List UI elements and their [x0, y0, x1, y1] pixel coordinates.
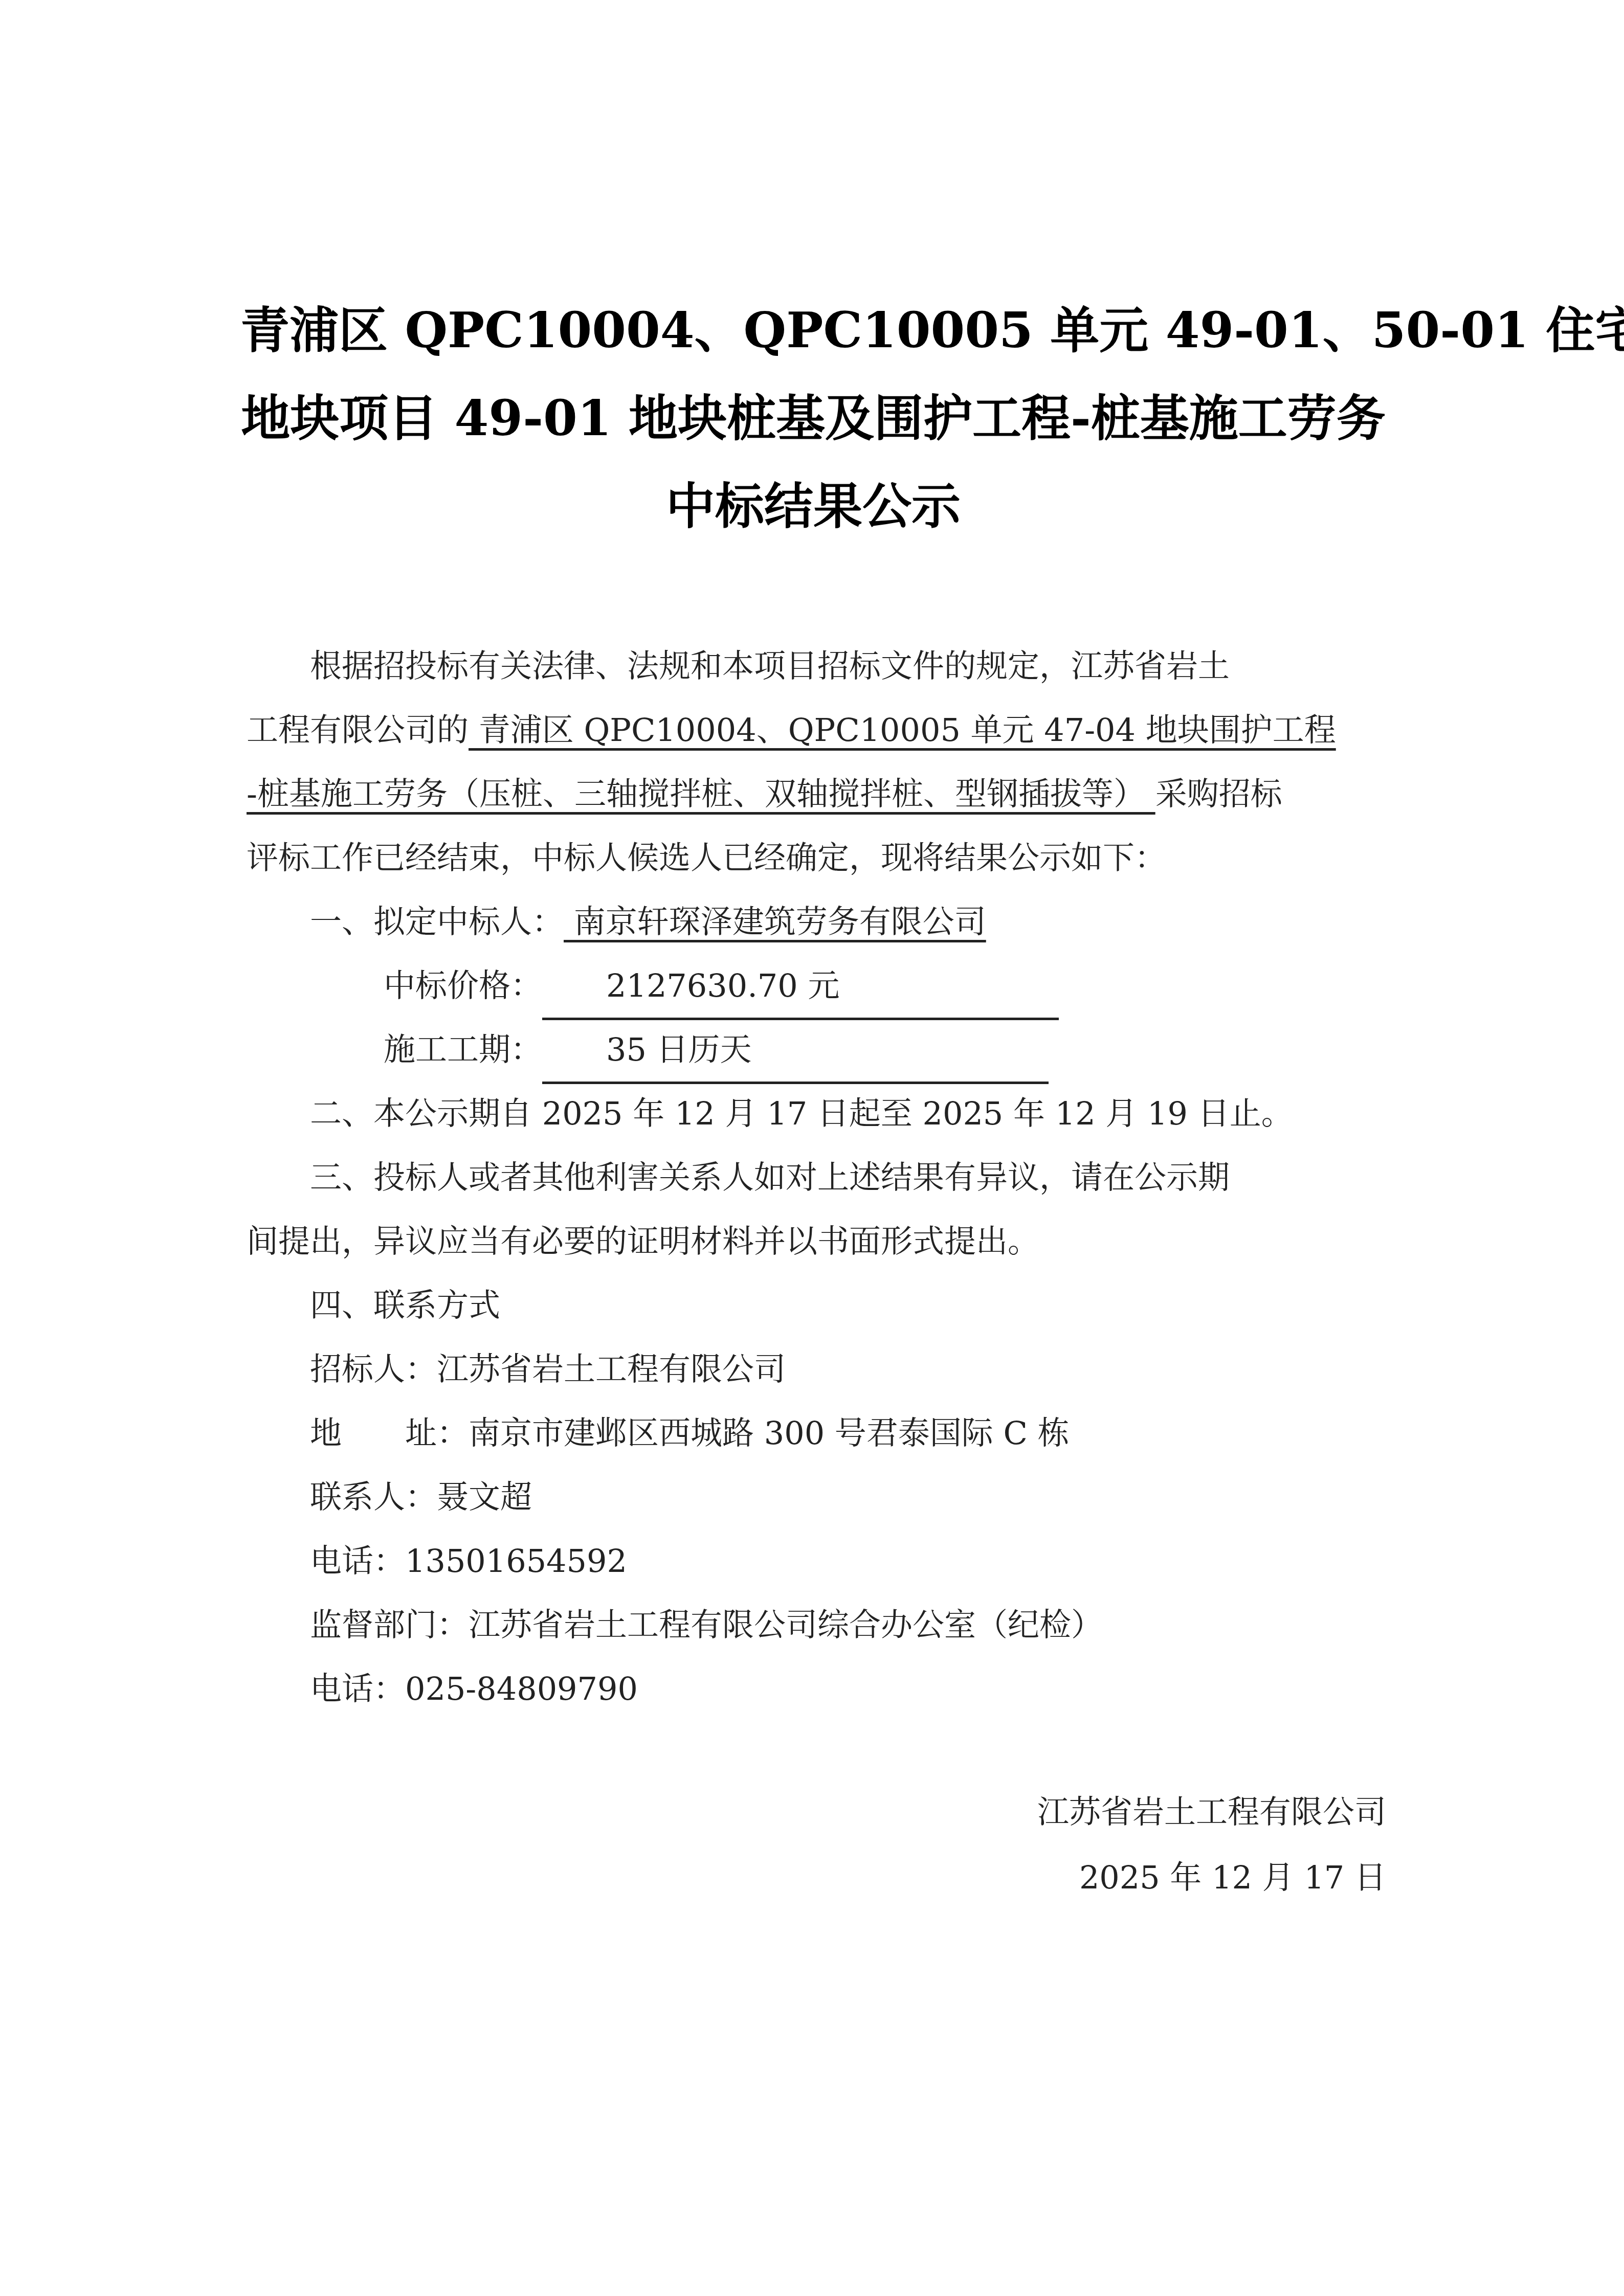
intro-line-1: 根据招投标有关法律、法规和本项目招标文件的规定，江苏省岩土	[247, 634, 1387, 698]
phone-number: 电话：13501654592	[310, 1542, 627, 1580]
phone-line: 电话：13501654592	[247, 1529, 1387, 1593]
duration-line: 施工工期：35 日历天	[247, 1018, 1387, 1082]
price-value: 2127630.70 元	[542, 954, 1059, 1020]
address-line: 地址：南京市建邺区西城路 300 号君泰国际 C 栋	[247, 1401, 1387, 1465]
title-line-3: 中标结果公示	[240, 462, 1386, 550]
contact-heading: 四、联系方式	[247, 1273, 1387, 1337]
intro-text: 根据招投标有关法律、法规和本项目招标文件的规定，江苏省岩土	[310, 647, 1230, 685]
signature-block: 江苏省岩土工程有限公司 2025 年 12 月 17 日	[1037, 1780, 1386, 1910]
title-line-1: 青浦区 QPC10004、QPC10005 单元 49-01、50-01 住宅	[240, 286, 1386, 374]
objection-line-1: 三、投标人或者其他利害关系人如对上述结果有异议，请在公示期	[247, 1145, 1387, 1209]
supervision-department: 监督部门：江苏省岩土工程有限公司综合办公室（纪检）	[310, 1606, 1103, 1644]
contact-heading-text: 四、联系方式	[310, 1287, 500, 1324]
winner-name: 南京轩琛泽建筑劳务有限公司	[564, 903, 986, 940]
publicity-period-text: 二、本公示期自 2025 年 12 月 17 日起至 2025 年 12 月 1…	[310, 1095, 1293, 1132]
project-name: 青浦区 QPC10004、QPC10005 单元 47-04 地块围护工程	[469, 711, 1336, 749]
tenderer-text: 招标人：江苏省岩土工程有限公司	[310, 1350, 786, 1388]
winner-line: 一、拟定中标人： 南京轩琛泽建筑劳务有限公司	[247, 890, 1387, 954]
tenderer-line: 招标人：江苏省岩土工程有限公司	[247, 1337, 1387, 1401]
signature-company: 江苏省岩土工程有限公司	[1037, 1780, 1386, 1845]
winner-label: 一、拟定中标人：	[310, 903, 564, 940]
title-line-2: 地块项目 49-01 地块桩基及围护工程-桩基施工劳务	[240, 374, 1386, 462]
contact-person-line: 联系人：聂文超	[247, 1465, 1387, 1529]
price-label: 中标价格：	[384, 967, 542, 1004]
supervision-phone: 电话：025-84809790	[310, 1670, 638, 1707]
intro-text: 工程有限公司的	[247, 711, 469, 749]
objection-text: 间提出，异议应当有必要的证明材料并以书面形式提出。	[247, 1223, 1039, 1260]
supervision-phone-line: 电话：025-84809790	[247, 1657, 1387, 1721]
address-value: 南京市建邺区西城路 300 号君泰国际 C 栋	[469, 1414, 1070, 1452]
objection-line-2: 间提出，异议应当有必要的证明材料并以书面形式提出。	[247, 1209, 1387, 1273]
document-page: 青浦区 QPC10004、QPC10005 单元 49-01、50-01 住宅 …	[0, 0, 1624, 2296]
intro-line-4: 评标工作已经结束，中标人候选人已经确定，现将结果公示如下：	[247, 826, 1387, 890]
signature-date: 2025 年 12 月 17 日	[1037, 1845, 1386, 1910]
contact-person: 联系人：聂文超	[310, 1478, 532, 1516]
duration-value: 35 日历天	[542, 1018, 1049, 1084]
intro-text: 采购招标	[1155, 775, 1282, 813]
publicity-period: 二、本公示期自 2025 年 12 月 17 日起至 2025 年 12 月 1…	[247, 1082, 1387, 1145]
address-label: 地	[310, 1414, 342, 1452]
intro-text: 评标工作已经结束，中标人候选人已经确定，现将结果公示如下：	[247, 839, 1166, 876]
intro-line-2: 工程有限公司的 青浦区 QPC10004、QPC10005 单元 47-04 地…	[247, 698, 1387, 762]
duration-label: 施工工期：	[384, 1031, 542, 1068]
intro-line-3: -桩基施工劳务（压桩、三轴搅拌桩、双轴搅拌桩、型钢插拔等） 采购招标	[247, 762, 1387, 826]
price-line: 中标价格：2127630.70 元	[247, 954, 1387, 1018]
document-title: 青浦区 QPC10004、QPC10005 单元 49-01、50-01 住宅 …	[240, 286, 1386, 550]
document-body: 根据招投标有关法律、法规和本项目招标文件的规定，江苏省岩土 工程有限公司的 青浦…	[247, 634, 1387, 1721]
objection-text: 三、投标人或者其他利害关系人如对上述结果有异议，请在公示期	[310, 1159, 1230, 1196]
supervision-line: 监督部门：江苏省岩土工程有限公司综合办公室（纪检）	[247, 1593, 1387, 1657]
address-label: 址：	[405, 1414, 469, 1452]
project-name-continued: -桩基施工劳务（压桩、三轴搅拌桩、双轴搅拌桩、型钢插拔等）	[247, 775, 1155, 813]
